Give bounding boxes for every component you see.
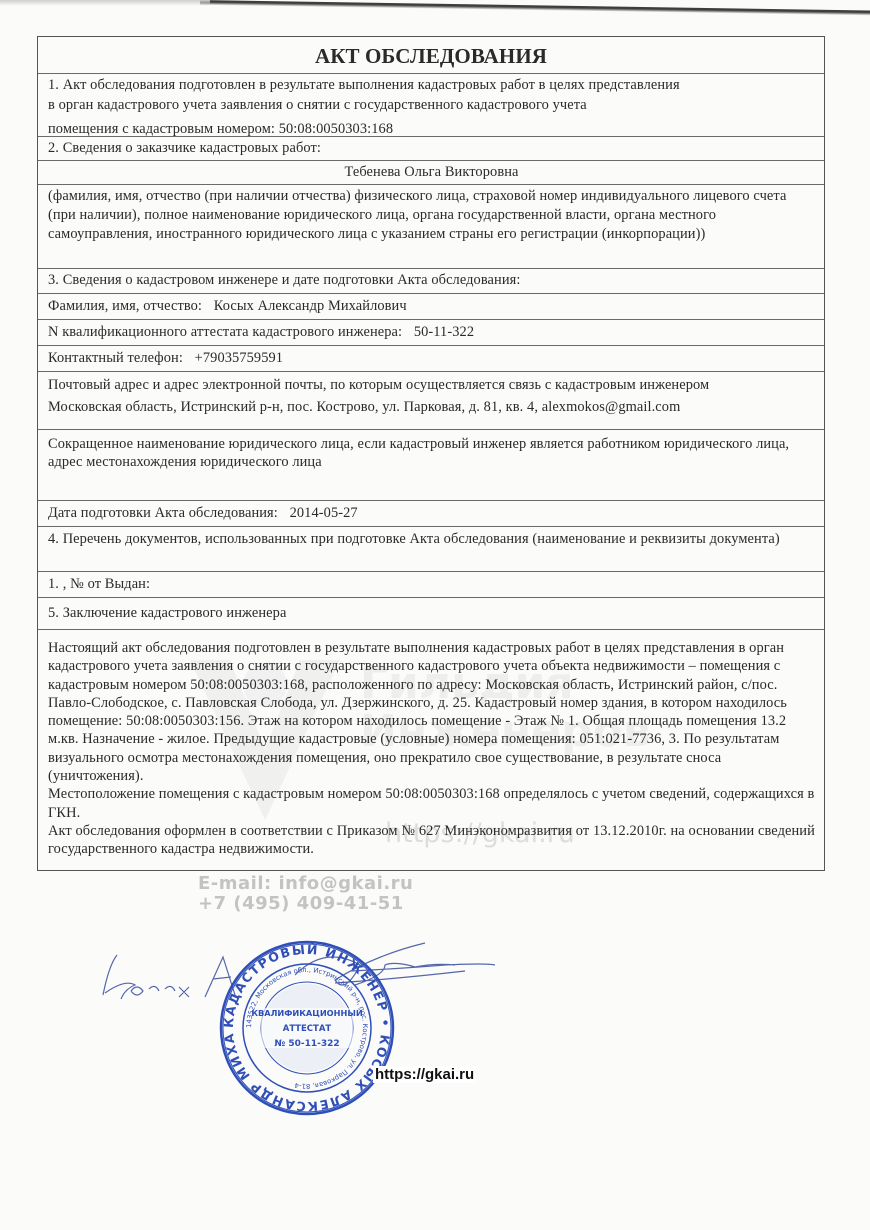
engineer-conclusion: Настоящий акт обследования подготовлен в…	[38, 630, 824, 870]
engineer-organization-row: Сокращенное наименование юридического ли…	[38, 430, 824, 501]
svg-text:КВАЛИФИКАЦИОННЫЙ: КВАЛИФИКАЦИОННЫЙ	[251, 1007, 363, 1018]
engineer-phone-row: Контактный телефон: +79035759591	[38, 346, 824, 372]
svg-text:АТТЕСТАТ: АТТЕСТАТ	[283, 1024, 332, 1034]
engineer-postal-value: Московская область, Истринский р-н, пос.…	[48, 396, 815, 418]
act-date-value: 2014-05-27	[290, 505, 358, 521]
engineer-fio-value: Косых Александр Михайлович	[214, 298, 407, 314]
document-title: АКТ ОБСЛЕДОВАНИЯ	[38, 37, 824, 74]
engineer-cert-row: N квалификационного аттестата кадастрово…	[38, 320, 824, 346]
section-5-heading: 5. Заключение кадастрового инженера	[38, 598, 824, 630]
watermark-email: E-mail: info@gkai.ru	[198, 873, 413, 894]
document-list-item: 1. , № от Выдан:	[38, 572, 824, 598]
svg-text:№ 50-11-322: № 50-11-322	[274, 1039, 339, 1049]
customer-description: (фамилия, имя, отчество (при наличии отч…	[38, 185, 824, 269]
customer-name: Тебенева Ольга Викторовна	[38, 161, 824, 185]
scan-edge-shadow	[200, 0, 870, 25]
scan-edge-shadow-left	[0, 0, 210, 6]
engineer-fio-row: Фамилия, имя, отчество: Косых Александр …	[38, 294, 824, 320]
act-date-row: Дата подготовки Акта обследования: 2014-…	[38, 501, 824, 527]
engineer-cert-value: 50-11-322	[414, 324, 474, 340]
engineer-postal-label: Почтовый адрес и адрес электронной почты…	[48, 374, 815, 396]
conclusion-paragraph: Местоположение помещения с кадастровым н…	[48, 785, 815, 822]
act-date-label: Дата подготовки Акта обследования:	[48, 505, 278, 521]
engineer-fio-label: Фамилия, имя, отчество:	[48, 298, 202, 314]
conclusion-paragraph: Настоящий акт обследования подготовлен в…	[48, 639, 815, 785]
footer-site-link[interactable]: https://gkai.ru	[373, 1066, 476, 1083]
section-1-cadastral-line: помещения с кадастровым номером: 50:08:0…	[48, 119, 815, 139]
section-1: 1. Акт обследования подготовлен в резуль…	[38, 74, 824, 137]
engineer-phone-label: Контактный телефон:	[48, 350, 183, 366]
section-4-heading: 4. Перечень документов, использованных п…	[38, 527, 824, 572]
engineer-phone-value: +79035759591	[195, 350, 283, 366]
conclusion-paragraph: Акт обследования оформлен в соответствии…	[48, 822, 815, 859]
cadastral-engineer-stamp-icon: КАДАСТРОВЫЙ ИНЖЕНЕР • КОСЫХ АЛЕКСАНДР МИ…	[217, 938, 397, 1118]
watermark-phone: +7 (495) 409-41-51	[198, 893, 404, 914]
engineer-organization-label: Сокращенное наименование юридического ли…	[48, 435, 815, 471]
section-2-heading: 2. Сведения о заказчике кадастровых рабо…	[38, 137, 824, 161]
section-3-heading: 3. Сведения о кадастровом инженере и дат…	[38, 269, 824, 294]
engineer-cert-label: N квалификационного аттестата кадастрово…	[48, 324, 402, 340]
section-1-line: в орган кадастрового учета заявления о с…	[48, 95, 815, 115]
section-1-line: 1. Акт обследования подготовлен в резуль…	[48, 75, 815, 95]
survey-act-form: АКТ ОБСЛЕДОВАНИЯ 1. Акт обследования под…	[37, 36, 825, 871]
engineer-postal-row: Почтовый адрес и адрес электронной почты…	[38, 372, 824, 430]
